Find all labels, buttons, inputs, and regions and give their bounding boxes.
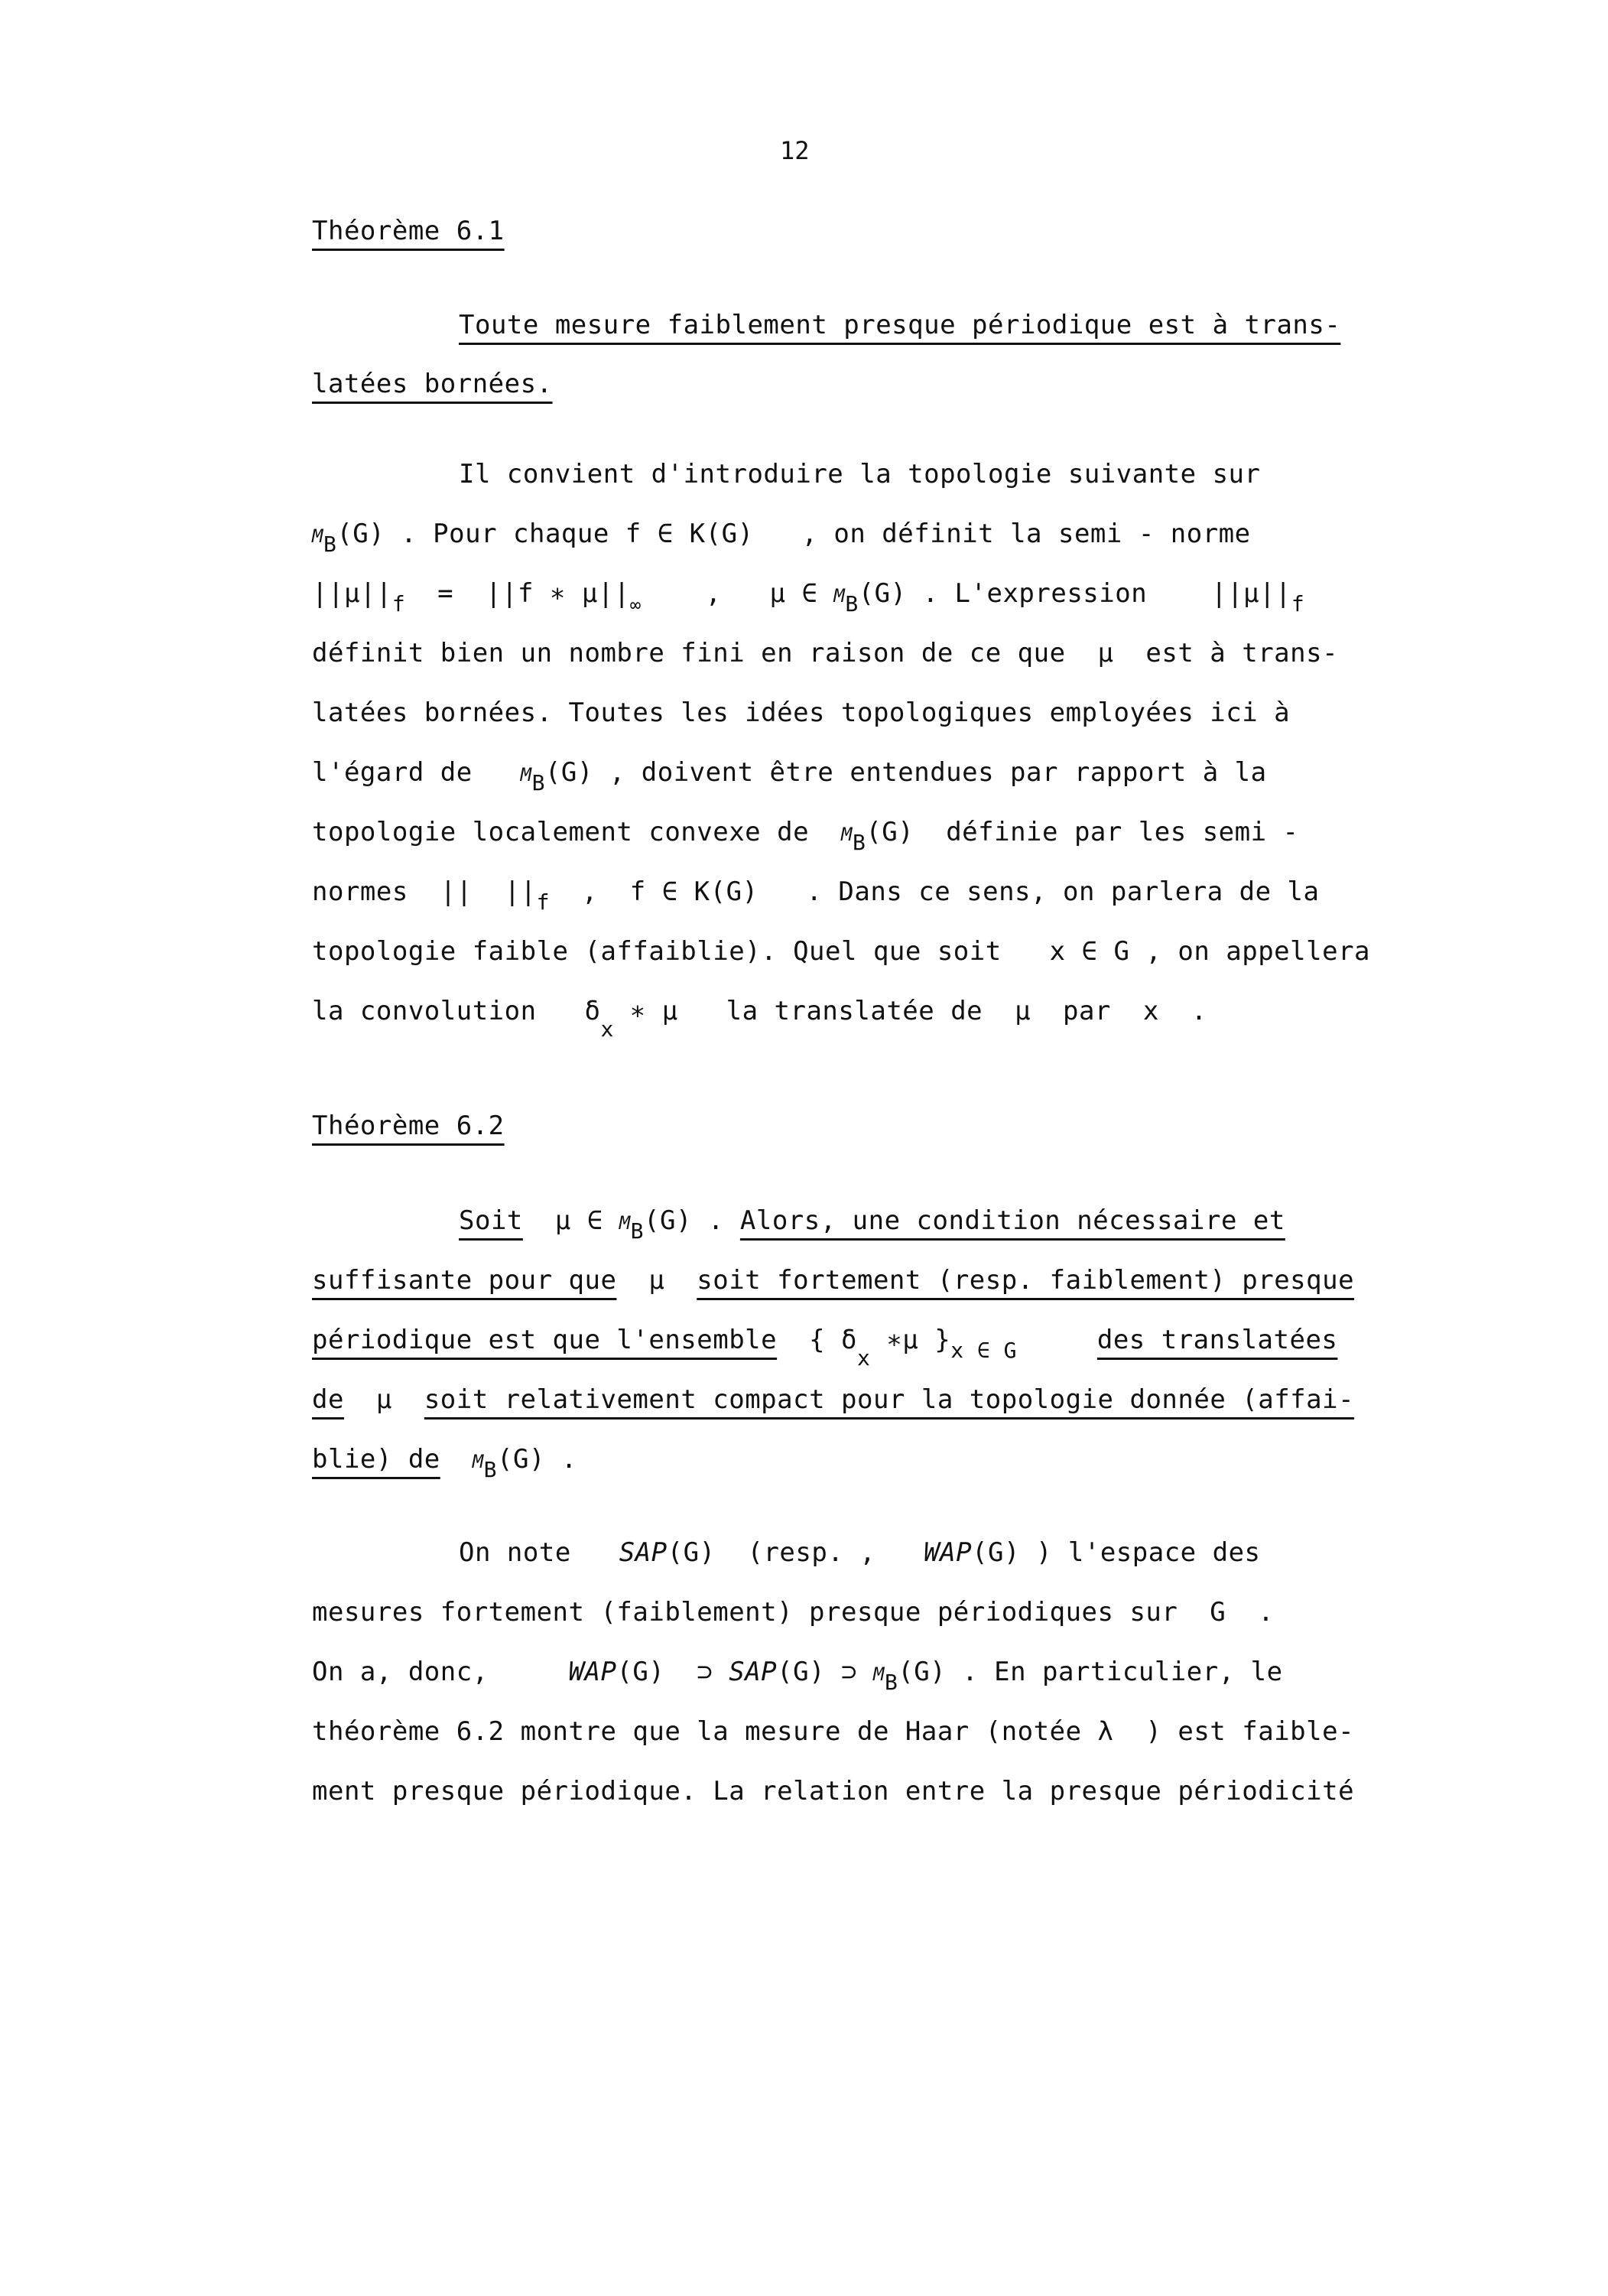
line-text: , f ∈ K(G) . Dans ce sens, on parlera de… <box>550 876 1320 907</box>
math-G: (G) <box>866 817 914 847</box>
paragraph-2-line-5: ment presque périodique. La relation ent… <box>312 1776 1354 1807</box>
paragraph-1-line-1: Il convient d'introduire la topologie su… <box>459 459 1261 489</box>
theorem-6-1-heading: Théorème 6.1 <box>312 216 505 246</box>
math-sub-f: f <box>1291 591 1304 616</box>
line-text: des translatées <box>1097 1325 1338 1355</box>
paragraph-2-line-3: On a, donc, WAP(G) ⊃ SAP(G) ⊃ MB(G) . En… <box>312 1657 1283 1689</box>
math-mu: μ <box>344 1384 424 1415</box>
line-text: . <box>692 1205 740 1236</box>
line-text: la convolution δ <box>312 996 600 1026</box>
line-text: Soit <box>459 1205 523 1236</box>
math-sub-B: B <box>484 1457 497 1482</box>
math-M: M <box>619 1212 631 1234</box>
math-M: M <box>521 764 532 785</box>
math-mu-in: μ ∈ <box>523 1205 619 1236</box>
theorem-6-2-line-4: de μ soit relativement compact pour la t… <box>312 1384 1354 1415</box>
math-sub-x: x <box>857 1345 870 1371</box>
line-text: périodique est que l'ensemble <box>312 1325 777 1355</box>
paragraph-2-line-1: On note SAP(G) (resp. , WAP(G) ) l'espac… <box>459 1537 1261 1568</box>
math-norm-comma: , μ ∈ <box>642 578 834 609</box>
math-sub-B: B <box>885 1670 898 1695</box>
paragraph-1-line-9: topologie faible (affaiblie). Quel que s… <box>312 936 1370 967</box>
math-sub-B: B <box>845 591 858 616</box>
math-WAP: WAP <box>569 1657 617 1687</box>
line-text: ∗ μ la translatée de μ par x . <box>614 996 1207 1026</box>
math-norm-mu: ||μ|| <box>312 578 392 609</box>
theorem-6-1-statement-line-1: Toute mesure faiblement presque périodiq… <box>459 310 1340 340</box>
math-sub-B: B <box>532 770 545 795</box>
line-text: de <box>312 1384 344 1415</box>
paragraph-1-line-3: ||μ||f = ||f ∗ μ||∞ , μ ∈ MB(G) . L'expr… <box>312 578 1304 611</box>
paragraph-1-line-5: latées bornées. Toutes les idées topolog… <box>312 698 1290 728</box>
math-sub-B: B <box>631 1218 644 1244</box>
document-page: 12 Théorème 6.1 Toute mesure faiblement … <box>0 0 1608 2296</box>
math-sub-f: f <box>392 591 405 616</box>
paragraph-1-line-2: MB(G) . Pour chaque f ∈ K(G) , on défini… <box>312 519 1251 551</box>
line-text: soit relativement compact pour la topolo… <box>424 1384 1354 1415</box>
line-text: (G) ⊃ <box>616 1657 729 1687</box>
paragraph-2-line-2: mesures fortement (faiblement) presque p… <box>312 1597 1274 1628</box>
math-sub-B: B <box>323 532 336 557</box>
line-text: topologie localement convexe de <box>312 817 841 847</box>
line-text: soit fortement (resp. faiblement) presqu… <box>697 1265 1354 1296</box>
math-sub-x: x <box>600 1016 613 1042</box>
math-M: M <box>841 824 853 845</box>
theorem-6-2-line-5: blie) de MB(G) . <box>312 1444 577 1477</box>
theorem-6-2-line-2: suffisante pour que μ soit fortement (re… <box>312 1265 1354 1296</box>
line-text: (G) ) l'espace des <box>972 1537 1260 1568</box>
theorem-6-2-line-1: Soit μ ∈ MB(G) . Alors, une condition né… <box>459 1205 1285 1238</box>
paragraph-1-line-8: normes || ||f , f ∈ K(G) . Dans ce sens,… <box>312 876 1319 909</box>
line-text: (G) ⊃ <box>777 1657 873 1687</box>
line-text: l'égard de <box>312 757 521 788</box>
math-G: (G) <box>898 1657 946 1687</box>
line-text: On note <box>459 1537 619 1568</box>
page-number: 12 <box>780 136 810 165</box>
line-text: (G) (resp. , <box>668 1537 924 1568</box>
line-text: . L'expression ||μ|| <box>907 578 1291 609</box>
math-M: M <box>473 1451 484 1472</box>
theorem-6-2-line-3: périodique est que l'ensemble { δx ∗μ }x… <box>312 1325 1337 1357</box>
line-text: . En particulier, le <box>946 1657 1282 1687</box>
math-G: (G) <box>644 1205 692 1236</box>
math-G: (G) <box>859 578 907 609</box>
line-text: Alors, une condition nécessaire et <box>740 1205 1285 1236</box>
theorem-6-1-statement-line-2: latées bornées. <box>312 369 553 399</box>
math-SAP: SAP <box>619 1537 668 1568</box>
line-text: , doivent être entendues par rapport à l… <box>593 757 1267 788</box>
math-set: { δ <box>777 1325 857 1355</box>
line-text: . Pour chaque f ∈ K(G) , on définit la s… <box>401 519 1250 549</box>
math-set: ∗μ } <box>870 1325 950 1355</box>
math-M: M <box>312 525 323 547</box>
math-SAP: SAP <box>729 1657 777 1687</box>
math-norm-eq: = ||f ∗ μ|| <box>405 578 630 609</box>
math-G: (G) <box>545 757 593 788</box>
math-G: (G) <box>497 1444 545 1475</box>
math-mu: μ <box>616 1265 697 1296</box>
math-sub-infinity: ∞ <box>630 594 642 616</box>
line-text: suffisante pour que <box>312 1265 616 1296</box>
math-M: M <box>833 585 845 607</box>
paragraph-1-line-10: la convolution δx ∗ μ la translatée de μ… <box>312 996 1207 1028</box>
math-G: (G) <box>336 519 385 549</box>
math-WAP: WAP <box>924 1537 972 1568</box>
paragraph-1-line-7: topologie localement convexe de MB(G) dé… <box>312 817 1299 850</box>
line-text: On a, donc, <box>312 1657 569 1687</box>
paragraph-1-line-4: définit bien un nombre fini en raison de… <box>312 638 1338 668</box>
math-sub-B: B <box>853 830 866 855</box>
line-text: définie par les semi - <box>914 817 1298 847</box>
math-sub-f: f <box>537 889 550 915</box>
line-text: . <box>545 1444 577 1475</box>
math-M: M <box>873 1663 885 1685</box>
theorem-6-2-heading: Théorème 6.2 <box>312 1111 505 1141</box>
line-text: blie) de <box>312 1444 440 1475</box>
line-text: normes || || <box>312 876 537 907</box>
paragraph-2-line-4: théorème 6.2 montre que la mesure de Haa… <box>312 1716 1354 1747</box>
paragraph-1-line-6: l'égard de MB(G) , doivent être entendue… <box>312 757 1267 790</box>
math-sub-x-in-G: x ∈ G <box>950 1338 1017 1363</box>
